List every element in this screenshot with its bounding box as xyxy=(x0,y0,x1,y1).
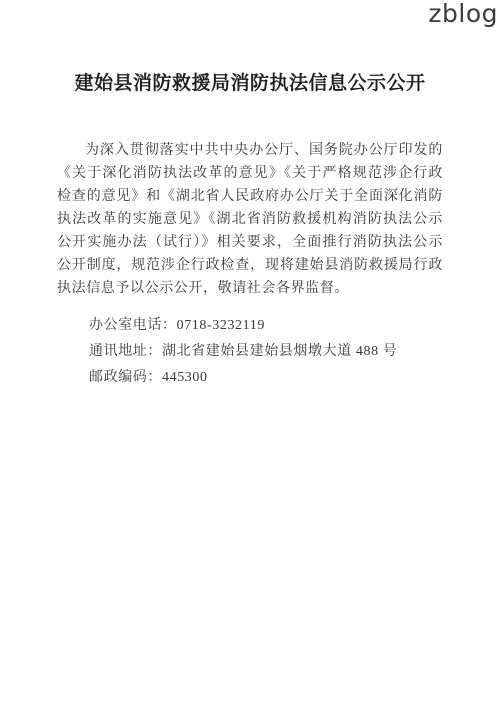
article-title: 建始县消防救援局消防执法信息公示公开 xyxy=(57,72,443,96)
article: 建始县消防救援局消防执法信息公示公开 为深入贯彻落实中共中央办公厅、国务院办公厅… xyxy=(57,72,443,391)
article-paragraph: 为深入贯彻落实中共中央办公厅、国务院办公厅印发的《关于深化消防执法改革的意见》《… xyxy=(57,139,443,300)
contact-postcode-line: 邮政编码：445300 xyxy=(89,365,443,391)
contact-address-line: 通讯地址：湖北省建始县建始县烟墩大道 488 号 xyxy=(89,339,443,365)
contact-info: 办公室电话：0718-3232119 通讯地址：湖北省建始县建始县烟墩大道 48… xyxy=(57,313,443,391)
document-page: zblog 建始县消防救援局消防执法信息公示公开 为深入贯彻落实中共中央办公厅、… xyxy=(0,0,500,708)
zblog-logo[interactable]: zblog xyxy=(428,0,498,30)
contact-phone-line: 办公室电话：0718-3232119 xyxy=(89,313,443,339)
